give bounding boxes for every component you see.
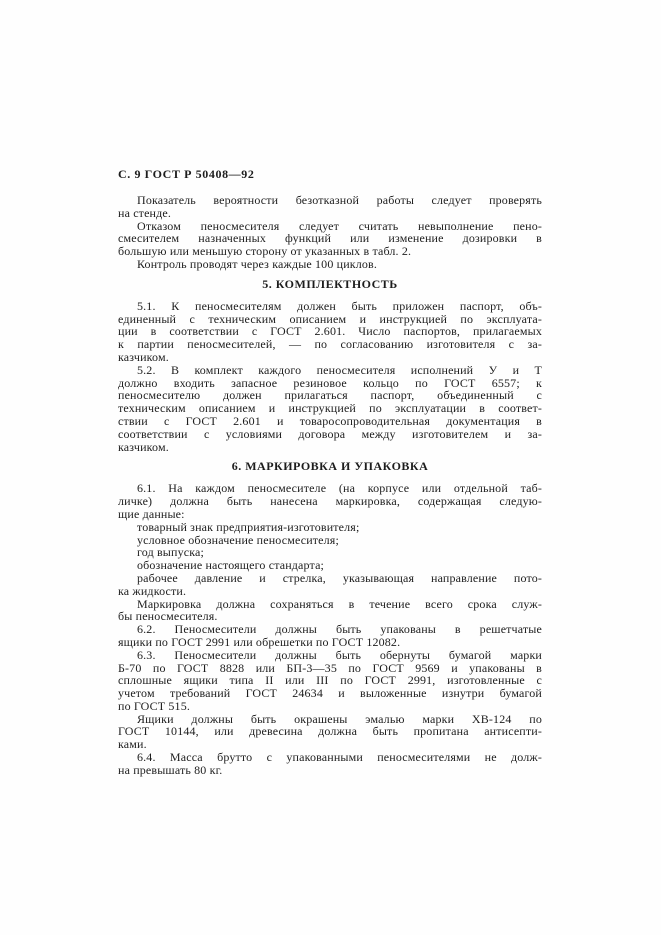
text-line: учетом требований ГОСТ 24634 и выложенны… (118, 687, 542, 700)
page-header: С. 9 ГОСТ Р 50408—92 (118, 168, 542, 181)
document-content: С. 9 ГОСТ Р 50408—92 Показатель вероятно… (118, 168, 542, 777)
paragraph: 6.4. Масса брутто с упакованными пеносме… (118, 751, 542, 777)
paragraph: 5.1. К пеносмесителям должен быть прилож… (118, 300, 542, 364)
paragraph: 6.1. На каждом пеносмесителе (на корпусе… (118, 482, 542, 520)
text-line: Показатель вероятности безотказной работ… (118, 194, 542, 207)
text-line: казчиком. (118, 441, 542, 454)
paragraph: 6.2. Пеносмесители должны быть упакованы… (118, 623, 542, 649)
paragraph: Маркировка должна сохраняться в течение … (118, 598, 542, 624)
paragraph: Показатель вероятности безотказной работ… (118, 194, 542, 220)
text-line: казчиком. (118, 351, 542, 364)
text-line: товарный знак предприятия-изготовителя; (118, 521, 542, 534)
paragraph: Отказом пеносмесителя следует считать не… (118, 220, 542, 258)
text-line: ГОСТ 10144, или древесина должна быть пр… (118, 725, 542, 738)
text-line: Контроль проводят через каждые 100 цикло… (118, 258, 542, 271)
paragraph: обозначение настоящего стандарта; (118, 559, 542, 572)
text-line: к партии пеносмесителей, — по согласован… (118, 338, 542, 351)
section-heading: 5. КОМПЛЕКТНОСТЬ (118, 278, 542, 291)
text-line: 6.4. Масса брутто с упакованными пеносме… (118, 751, 542, 764)
paragraph: товарный знак предприятия-изготовителя; (118, 521, 542, 534)
text-line: ка жидкости. (118, 585, 542, 598)
paragraph: 5.2. В комплект каждого пеносмесителя ис… (118, 364, 542, 454)
text-line: 6.3. Пеносмесители должны быть обернуты … (118, 649, 542, 662)
paragraph: Ящики должны быть окрашены эмалью марки … (118, 713, 542, 751)
paragraph: 6.3. Пеносмесители должны быть обернуты … (118, 649, 542, 713)
text-line: рабочее давление и стрелка, указывающая … (118, 572, 542, 585)
text-line: 5.1. К пеносмесителям должен быть прилож… (118, 300, 542, 313)
section-heading: 6. МАРКИРОВКА И УПАКОВКА (118, 460, 542, 473)
text-line: 5.2. В комплект каждого пеносмесителя ис… (118, 364, 542, 377)
text-line: обозначение настоящего стандарта; (118, 559, 542, 572)
text-line: щие данные: (118, 508, 542, 521)
text-line: на стенде. (118, 207, 542, 220)
document-page: С. 9 ГОСТ Р 50408—92 Показатель вероятно… (0, 0, 661, 935)
text-line: на превышать 80 кг. (118, 764, 542, 777)
paragraph: Контроль проводят через каждые 100 цикло… (118, 258, 542, 271)
text-line: ящики по ГОСТ 2991 или обрешетки по ГОСТ… (118, 636, 542, 649)
paragraph: рабочее давление и стрелка, указывающая … (118, 572, 542, 598)
text-line: 6.2. Пеносмесители должны быть упакованы… (118, 623, 542, 636)
text-line: соответствии с условиями договора между … (118, 428, 542, 441)
text-line: по ГОСТ 515. (118, 700, 542, 713)
document-body: Показатель вероятности безотказной работ… (118, 194, 542, 777)
text-line: ствии с ГОСТ 2.601 и товаросопроводитель… (118, 415, 542, 428)
